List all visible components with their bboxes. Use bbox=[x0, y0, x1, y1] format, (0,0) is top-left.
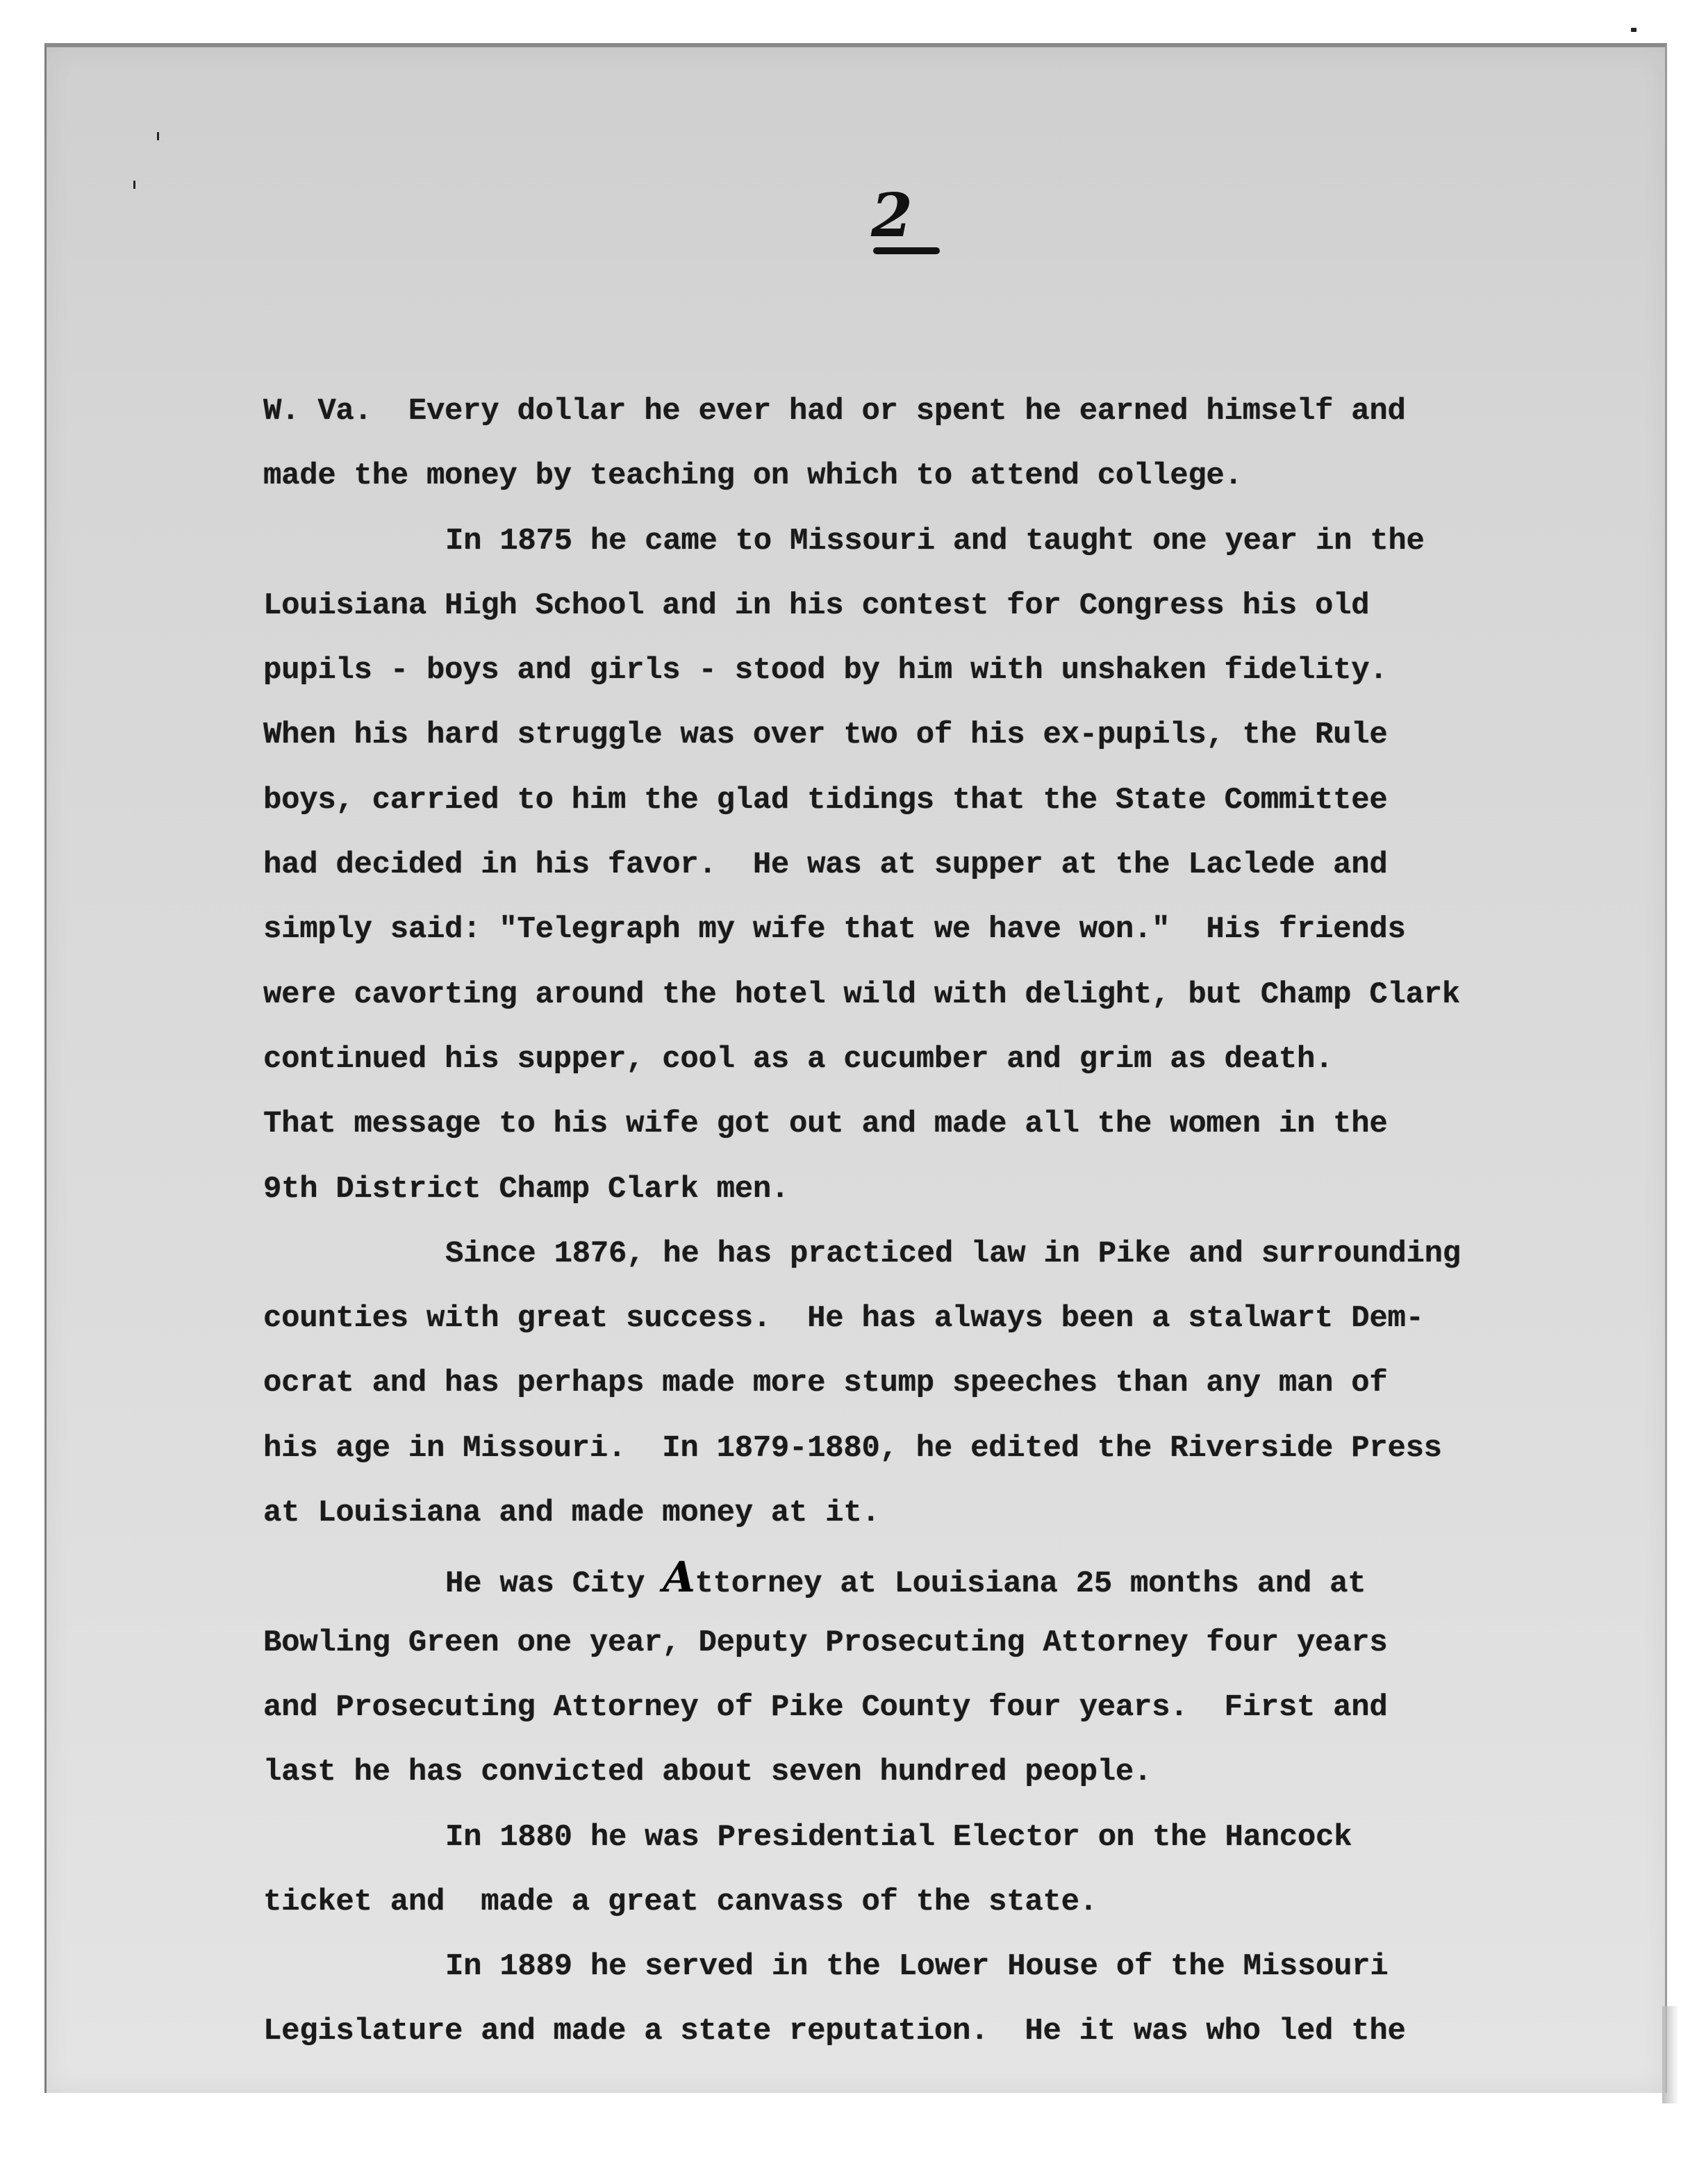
paper-speck bbox=[133, 181, 135, 189]
paragraph-start-line: In 1880 he was Presidential Elector on t… bbox=[263, 1805, 1583, 1870]
text-line: ticket and made a great canvass of the s… bbox=[263, 1870, 1583, 1935]
page-edge-shadow bbox=[1662, 2006, 1679, 2103]
handwritten-correction: A bbox=[663, 1553, 695, 1602]
text-line: W. Va. Every dollar he ever had or spent… bbox=[263, 379, 1583, 444]
text-line: counties with great success. He has alwa… bbox=[263, 1287, 1583, 1351]
paper-speck bbox=[157, 132, 159, 140]
text-line: last he has convicted about seven hundre… bbox=[263, 1740, 1583, 1805]
text-line: Legislature and made a state reputation.… bbox=[263, 1999, 1583, 2064]
text-line: Louisiana High School and in his contest… bbox=[263, 574, 1583, 638]
text-line: 9th District Champ Clark men. bbox=[263, 1157, 1583, 1222]
text-line: made the money by teaching on which to a… bbox=[263, 444, 1583, 508]
body-text: W. Va. Every dollar he ever had or spent… bbox=[263, 379, 1583, 2065]
text-segment: ttorney at Louisiana 25 months and at bbox=[695, 1566, 1366, 1601]
text-segment: He was City bbox=[445, 1566, 663, 1601]
typewritten-page: 2 W. Va. Every dollar he ever had or spe… bbox=[44, 43, 1667, 2093]
text-line: were cavorting around the hotel wild wit… bbox=[263, 963, 1583, 1027]
paragraph-start-line: In 1889 he served in the Lower House of … bbox=[263, 1935, 1583, 1999]
text-line: and Prosecuting Attorney of Pike County … bbox=[263, 1676, 1583, 1740]
paper-speck bbox=[1631, 28, 1637, 32]
paragraph-start-line: In 1875 he came to Missouri and taught o… bbox=[263, 509, 1583, 574]
text-line: simply said: "Telegraph my wife that we … bbox=[263, 897, 1583, 962]
text-line: That message to his wife got out and mad… bbox=[263, 1092, 1583, 1157]
handwritten-page-number: 2 bbox=[871, 186, 913, 246]
text-line: at Louisiana and made money at it. bbox=[263, 1481, 1583, 1546]
text-line: pupils - boys and girls - stood by him w… bbox=[263, 638, 1583, 703]
text-line: boys, carried to him the glad tidings th… bbox=[263, 768, 1583, 833]
text-line: When his hard struggle was over two of h… bbox=[263, 703, 1583, 768]
text-line: ocrat and has perhaps made more stump sp… bbox=[263, 1351, 1583, 1416]
text-line: continued his supper, cool as a cucumber… bbox=[263, 1027, 1583, 1092]
text-line: his age in Missouri. In 1879-1880, he ed… bbox=[263, 1416, 1583, 1481]
paragraph-start-line: He was City Attorney at Louisiana 25 mon… bbox=[263, 1546, 1583, 1610]
text-line: had decided in his favor. He was at supp… bbox=[263, 833, 1583, 897]
text-line: Bowling Green one year, Deputy Prosecuti… bbox=[263, 1611, 1583, 1676]
page-number-underline bbox=[873, 247, 940, 254]
paragraph-start-line: Since 1876, he has practiced law in Pike… bbox=[263, 1222, 1583, 1287]
